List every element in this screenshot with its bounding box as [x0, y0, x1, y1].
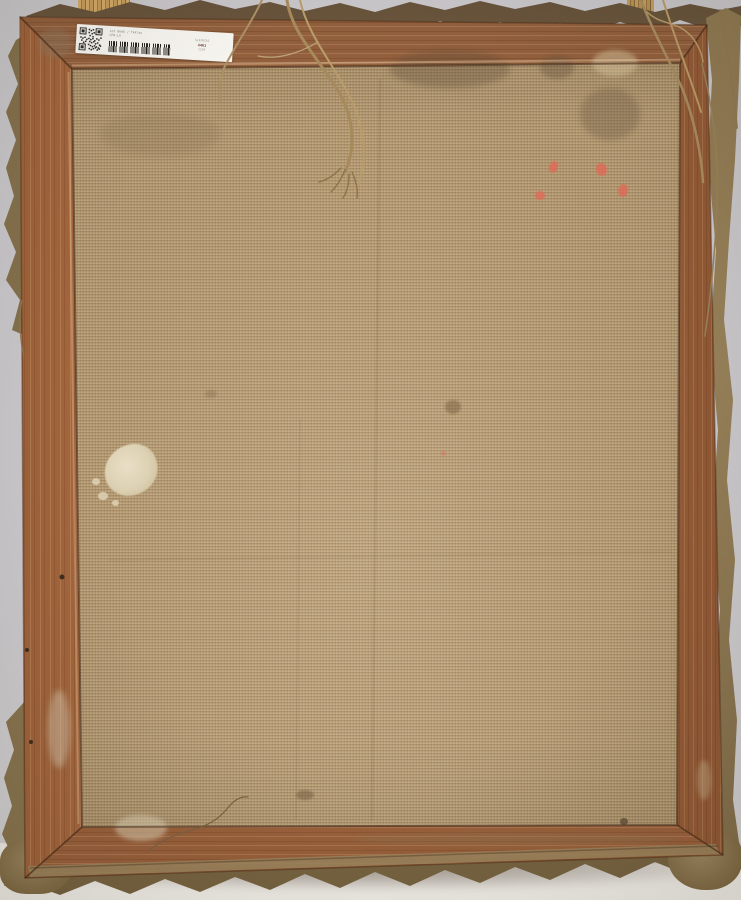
nail-heads	[25, 575, 65, 745]
photo-back-of-painting: Lot 8646 / Tkklau LPW-LG SLA7KIA1 4461 1…	[0, 0, 741, 900]
detail-overlay	[0, 0, 741, 900]
canvas-creases	[110, 80, 670, 820]
